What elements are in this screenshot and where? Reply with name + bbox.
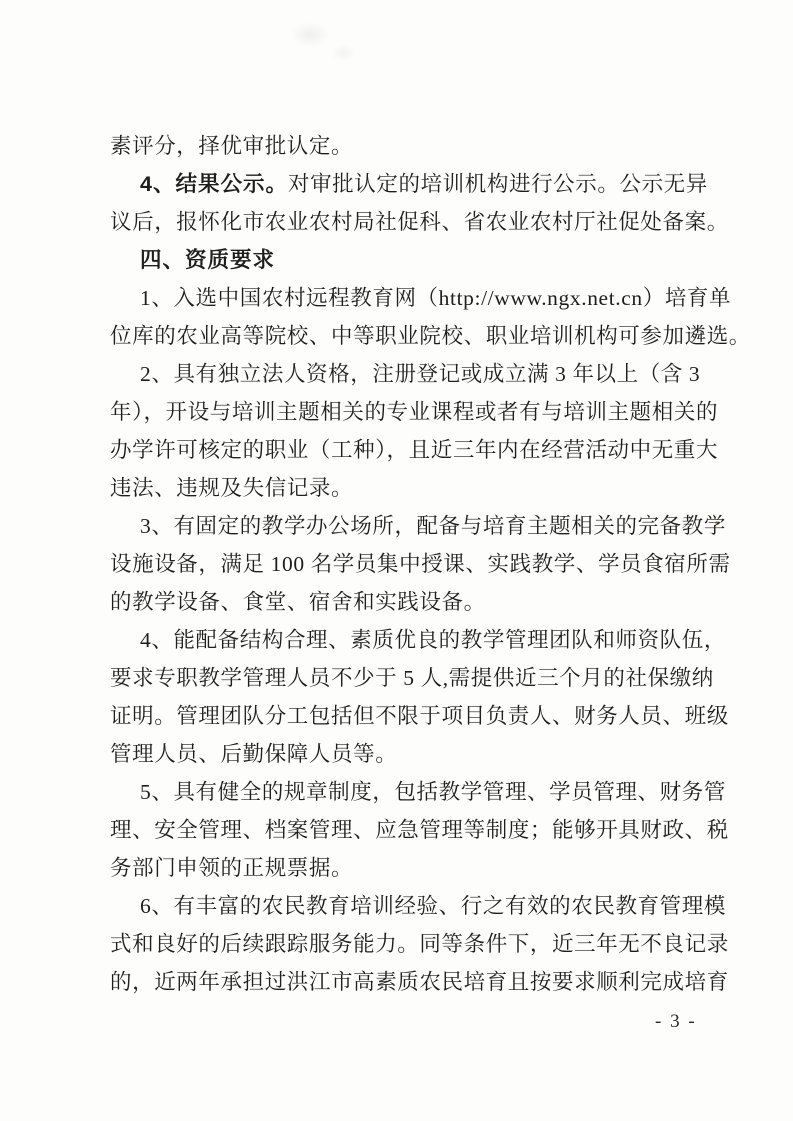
text-line-segment: 证明。管理团队分工包括但不限于项目负责人、财务人员、班级 [110, 704, 729, 728]
text-line-segment: 1、入选中国农村远程教育网（http://www.ngx.net.cn）培育单 [140, 286, 731, 310]
text-line: 5、具有健全的规章制度，包括教学管理、学员管理、财务管 [110, 773, 710, 811]
text-line: 素评分，择优审批认定。 [110, 127, 710, 165]
text-line: 办学许可核定的职业（工种），且近三年内在经营活动中无重大 [110, 431, 710, 469]
text-line-bold-segment: 四、资质要求 [140, 248, 275, 272]
document-page: 素评分，择优审批认定。4、结果公示。对审批认定的培训机构进行公示。公示无异议后，… [0, 0, 793, 1121]
text-line-segment: 位库的农业高等院校、中等职业院校、职业培训机构可参加遴选。 [110, 324, 751, 348]
text-line-bold-segment: 4、结果公示。 [140, 172, 288, 196]
text-line: 的教学设备、食堂、宿舍和实践设备。 [110, 583, 710, 621]
text-line: 要求专职教学管理人员不少于 5 人,需提供近三个月的社保缴纳 [110, 659, 710, 697]
text-line-segment: 3、有固定的教学办公场所，配备与培育主题相关的完备教学 [140, 514, 726, 538]
text-line: 证明。管理团队分工包括但不限于项目负责人、财务人员、班级 [110, 697, 710, 735]
text-line: 管理人员、后勤保障人员等。 [110, 735, 710, 773]
scan-artifact [290, 22, 330, 48]
text-line-segment: 违法、违规及失信记录。 [110, 476, 353, 500]
text-line-segment: 的，近两年承担过洪江市高素质农民培育且按要求顺利完成培育 [110, 970, 729, 994]
text-line-segment: 对审批认定的培训机构进行公示。公示无异 [288, 172, 708, 196]
text-line: 4、结果公示。对审批认定的培训机构进行公示。公示无异 [110, 165, 710, 203]
document-body: 素评分，择优审批认定。4、结果公示。对审批认定的培训机构进行公示。公示无异议后，… [110, 127, 710, 1001]
text-line-segment: 要求专职教学管理人员不少于 5 人,需提供近三个月的社保缴纳 [110, 666, 714, 690]
text-line-segment: 5、具有健全的规章制度，包括教学管理、学员管理、财务管 [140, 780, 726, 804]
text-line: 位库的农业高等院校、中等职业院校、职业培训机构可参加遴选。 [110, 317, 710, 355]
text-line-segment: 设施设备，满足 100 名学员集中授课、实践教学、学员食宿所需 [110, 552, 731, 576]
text-line: 3、有固定的教学办公场所，配备与培育主题相关的完备教学 [110, 507, 710, 545]
text-line-segment: 素评分，择优审批认定。 [110, 134, 353, 158]
text-line: 的，近两年承担过洪江市高素质农民培育且按要求顺利完成培育 [110, 963, 710, 1001]
text-line: 6、有丰富的农民教育培训经验、行之有效的农民教育管理模 [110, 887, 710, 925]
text-line-segment: 的教学设备、食堂、宿舍和实践设备。 [110, 590, 486, 614]
text-line-segment: 管理人员、后勤保障人员等。 [110, 742, 397, 766]
text-line: 四、资质要求 [110, 241, 710, 279]
text-line: 务部门申领的正规票据。 [110, 849, 710, 887]
text-line: 议后，报怀化市农业农村局社促科、省农业农村厅社促处备案。 [110, 203, 710, 241]
scan-artifact [330, 44, 356, 62]
text-line-segment: 务部门申领的正规票据。 [110, 856, 353, 880]
text-line-segment: 议后，报怀化市农业农村局社促科、省农业农村厅社促处备案。 [110, 210, 729, 234]
text-line-segment: 6、有丰富的农民教育培训经验、行之有效的农民教育管理模 [140, 894, 726, 918]
page-number: - 3 - [655, 1011, 697, 1033]
text-line: 式和良好的后续跟踪服务能力。同等条件下，近三年无不良记录 [110, 925, 710, 963]
text-line: 年），开设与培训主题相关的专业课程或者有与培训主题相关的 [110, 393, 710, 431]
text-line-segment: 年），开设与培训主题相关的专业课程或者有与培训主题相关的 [110, 400, 718, 424]
text-line-segment: 4、能配备结构合理、素质优良的教学管理团队和师资队伍， [140, 628, 726, 652]
text-line-segment: 理、安全管理、档案管理、应急管理等制度；能够开具财政、税 [110, 818, 729, 842]
text-line: 设施设备，满足 100 名学员集中授课、实践教学、学员食宿所需 [110, 545, 710, 583]
text-line-segment: 办学许可核定的职业（工种），且近三年内在经营活动中无重大 [110, 438, 718, 462]
text-line: 违法、违规及失信记录。 [110, 469, 710, 507]
text-line: 2、具有独立法人资格，注册登记或成立满 3 年以上（含 3 [110, 355, 710, 393]
text-line: 1、入选中国农村远程教育网（http://www.ngx.net.cn）培育单 [110, 279, 710, 317]
text-line-segment: 式和良好的后续跟踪服务能力。同等条件下，近三年无不良记录 [110, 932, 729, 956]
text-line-segment: 2、具有独立法人资格，注册登记或成立满 3 年以上（含 3 [140, 362, 700, 386]
text-line: 4、能配备结构合理、素质优良的教学管理团队和师资队伍， [110, 621, 710, 659]
text-line: 理、安全管理、档案管理、应急管理等制度；能够开具财政、税 [110, 811, 710, 849]
